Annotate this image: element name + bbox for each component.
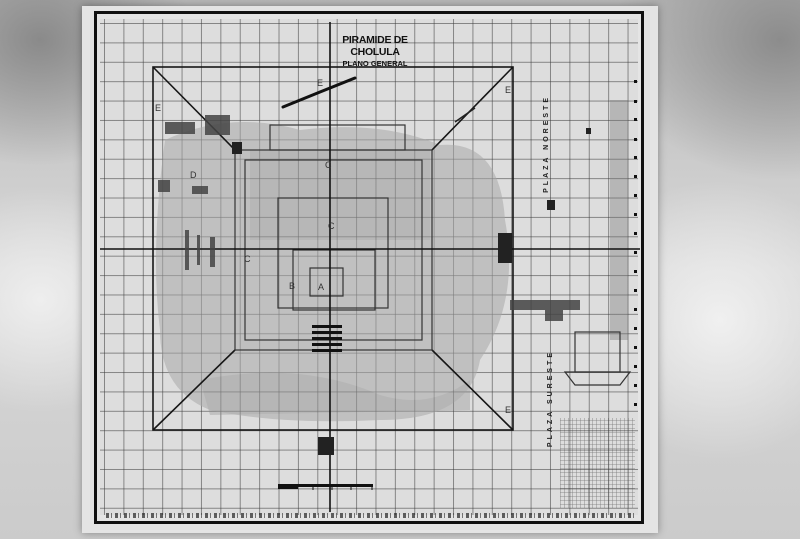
plan-subtitle: PLANO GENERAL [320,59,430,68]
plaza-northeast-label: PLAZA NORESTE [543,95,550,193]
zone-letter-c-west: C [244,254,251,264]
pyramid-plan-drawing [0,0,800,539]
zone-letter-e-se: E [505,405,511,415]
zone-letter-c-center: C [328,221,335,231]
plaza-southeast-label: PLAZA SURESTE [547,350,554,447]
zone-letter-c-north: C [325,160,332,170]
zone-letter-a: A [318,282,324,292]
fine-grid [560,418,635,508]
zone-letter-e-ne: E [505,85,511,95]
plan-title-block: PIRAMIDE DE CHOLULA PLANO GENERAL [320,34,430,68]
zone-letter-e-n: E [317,78,323,88]
mound-shading [156,100,628,421]
zone-letter-e-nw: E [155,103,161,113]
footer-notes-illegible [106,513,636,518]
zone-letter-d: D [190,170,197,180]
plan-title: PIRAMIDE DE CHOLULA [320,34,430,58]
edge-ticks [634,80,637,406]
scale-bar [278,484,373,490]
zone-letter-b: B [289,281,295,291]
